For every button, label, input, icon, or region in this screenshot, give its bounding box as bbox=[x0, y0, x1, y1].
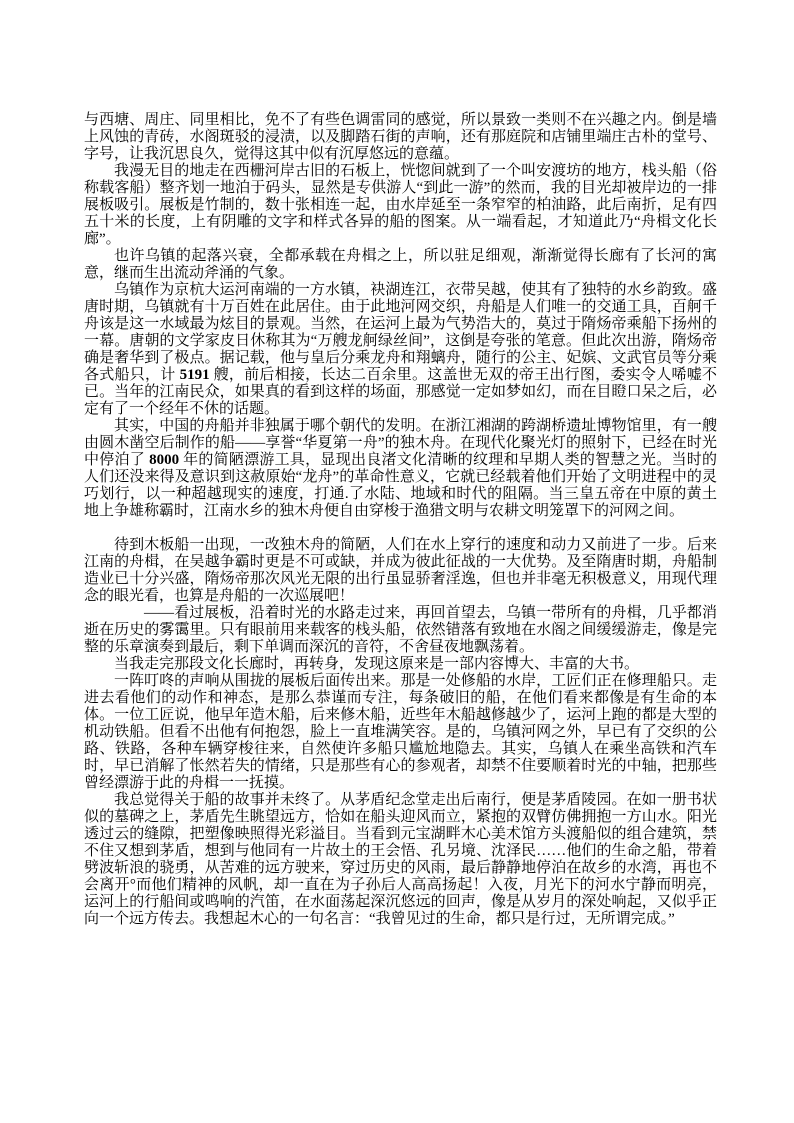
text-segment: 待到木板船一出现，一改独木舟的简陋，人们在水上穿行的速度和动力又前进了一步。后来… bbox=[84, 537, 717, 604]
bold-text: 5191 bbox=[180, 367, 210, 383]
text-segment: 我总觉得关于船的故事并未终了。从茅盾纪念堂走出后南行，便是茅盾陵园。在如一册书状… bbox=[84, 792, 717, 927]
text-segment: 年的简陋漂游工具，显现出良渚文化清晰的纹理和早期人类的智慧之光。当时的人们还没来… bbox=[84, 452, 717, 519]
paragraph: 我漫无目的地走在西栅河岸古旧的石板上，恍惚间就到了一个叫安渡坊的地方，栈头船（俗… bbox=[84, 163, 717, 248]
paragraph: 当我走完那段文化长廊时，再转身，发现这原来是一部内容博大、丰富的大书。 bbox=[84, 656, 717, 673]
text-segment: 也许乌镇的起落兴衰，全都承载在舟楫之上，所以驻足细观，渐渐觉得长廊有了长河的寓意… bbox=[84, 248, 717, 281]
paragraph: 乌镇作为京杭大运河南端的一方水镇，袂湖连江，衣带吴越，使其有了独特的水乡韵致。盛… bbox=[84, 282, 717, 418]
text-segment: 与西塘、周庄、同里相比，免不了有些色调雷同的感觉，所以景致一类则不在兴趣之内。倒… bbox=[84, 112, 717, 162]
paragraph: 待到木板船一出现，一改独木舟的简陋，人们在水上穿行的速度和动力又前进了一步。后来… bbox=[84, 537, 717, 605]
text-segment: 我漫无目的地走在西栅河岸古旧的石板上，恍惚间就到了一个叫安渡坊的地方，栈头船（俗… bbox=[84, 163, 717, 247]
paragraph: 我总觉得关于船的故事并未终了。从茅盾纪念堂走出后南行，便是茅盾陵园。在如一册书状… bbox=[84, 792, 717, 928]
paragraph: 与西塘、周庄、同里相比，免不了有些色调雷同的感觉，所以景致一类则不在兴趣之内。倒… bbox=[84, 112, 717, 163]
text-segment: ——看过展板，沿着时光的水路走过来，再回首望去，乌镇一带所有的舟楫，几乎都消逝在… bbox=[84, 605, 717, 655]
text-segment: 一阵叮咚的声响从围拢的展板后面传出来。那是一处修船的水岸，工匠们正在修理船只。走… bbox=[84, 673, 717, 791]
text-segment: 当我走完那段文化长廊时，再转身，发现这原来是一部内容博大、丰富的大书。 bbox=[114, 656, 639, 672]
paragraph: 其实，中国的舟船并非独属于哪个朝代的发明。在浙江湘湖的跨湖桥遗址博物馆里，有一艘… bbox=[84, 418, 717, 520]
bold-text: 8000 bbox=[149, 452, 179, 468]
document-page: 与西塘、周庄、同里相比，免不了有些色调雷同的感觉，所以景致一类则不在兴趣之内。倒… bbox=[0, 0, 794, 1123]
document-text: 与西塘、周庄、同里相比，免不了有些色调雷同的感觉，所以景致一类则不在兴趣之内。倒… bbox=[84, 112, 717, 928]
paragraph: 一阵叮咚的声响从围拢的展板后面传出来。那是一处修船的水岸，工匠们正在修理船只。走… bbox=[84, 673, 717, 792]
paragraph: ——看过展板，沿着时光的水路走过来，再回首望去，乌镇一带所有的舟楫，几乎都消逝在… bbox=[84, 605, 717, 656]
paragraph: 也许乌镇的起落兴衰，全都承载在舟楫之上，所以驻足细观，渐渐觉得长廊有了长河的寓意… bbox=[84, 248, 717, 282]
